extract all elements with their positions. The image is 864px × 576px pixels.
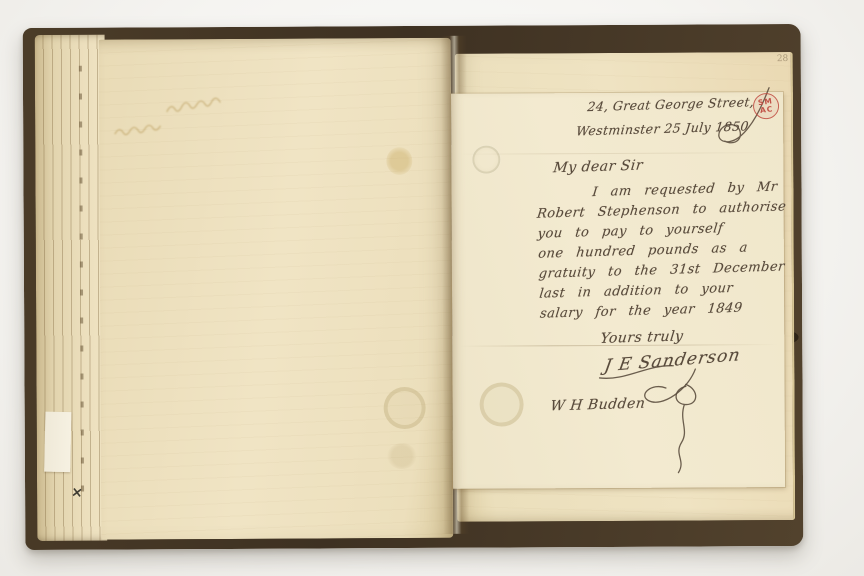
letter-salutation: My dear Sir: [552, 158, 643, 177]
page-stain: [387, 443, 417, 469]
folio-number: 28: [777, 54, 789, 64]
recipient-docket: W H Budden: [550, 396, 647, 415]
letter-book: SM AC 24, Great George Street, Westminst…: [23, 24, 804, 550]
page-ring-stain: [384, 387, 426, 429]
letter-closing: Yours truly: [600, 328, 685, 347]
letter-body: I am requested by Mr Robert Stephenson t…: [536, 179, 789, 326]
docket-squiggle-flourish: [642, 380, 709, 482]
show-through-writing: [165, 97, 229, 121]
photograph-background: SM AC 24, Great George Street, Westminst…: [0, 0, 864, 576]
left-album-page: [99, 38, 454, 540]
letter-dateline: Westminster 25 July 1850: [575, 118, 749, 138]
show-through-writing: [113, 121, 167, 141]
letter-signature: J E Sanderson: [603, 345, 742, 376]
manuscript-letter: SM AC 24, Great George Street, Westminst…: [451, 92, 785, 489]
paper-slip: [44, 412, 71, 473]
letter-address: 24, Great George Street,: [587, 94, 755, 114]
stamp-text-bottom: AC: [759, 105, 773, 115]
letter-handwriting: 24, Great George Street, Westminster 25 …: [447, 88, 791, 493]
pencil-x-mark: ×: [70, 484, 84, 501]
page-stain: [386, 147, 412, 175]
